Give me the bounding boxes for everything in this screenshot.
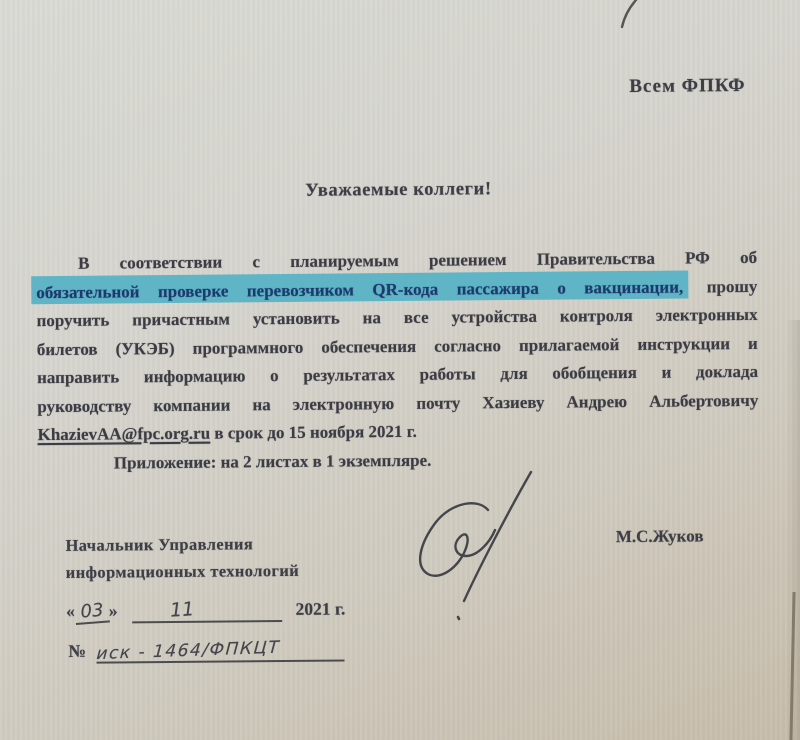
- document-photo: Всем ФПКФ Уважаемые коллеги! В соответст…: [0, 0, 800, 740]
- body-line-2-tail: прошу: [707, 276, 758, 295]
- signer-position: Начальник Управления информационных техн…: [65, 530, 299, 586]
- signer-position-line-1: Начальник Управления: [65, 530, 299, 559]
- date-line: «03»112021 г.: [66, 597, 345, 623]
- date-quote-close: »: [109, 600, 118, 620]
- highlighted-text: обязательной проверке перевозчиком QR-ко…: [31, 270, 688, 304]
- body-paragraph: В соответствии с планируемым решением Пр…: [36, 244, 759, 478]
- salutation: Уважаемые коллеги!: [0, 177, 799, 205]
- number-blank: иск - 1464/ФПКЦТ: [96, 638, 344, 663]
- number-label: №: [68, 641, 86, 661]
- date-month-blank: 11: [131, 598, 281, 623]
- attachment-note: Приложение: на 2 листах в 1 экземпляре.: [38, 443, 759, 478]
- email-address: KhazievAA@fpc.org.ru: [37, 424, 210, 445]
- addressee: Всем ФПКФ: [629, 75, 745, 98]
- number-line: №иск - 1464/ФПКЦТ: [68, 638, 344, 663]
- number-handwritten: иск - 1464/ФПКЦТ: [95, 638, 280, 664]
- date-year: 2021 г.: [295, 598, 345, 618]
- signer-name: М.С.Жуков: [616, 526, 704, 547]
- body-line-7-tail: в срок до 15 ноября 2021 г.: [214, 422, 417, 443]
- date-month-handwritten: 11: [169, 598, 194, 621]
- letter-page: Всем ФПКФ Уважаемые коллеги! В соответст…: [0, 0, 800, 740]
- signature-block: Начальник Управления информационных техн…: [65, 526, 703, 586]
- date-day-handwritten: 03: [74, 599, 110, 625]
- signer-position-line-2: информационных технологий: [66, 557, 300, 586]
